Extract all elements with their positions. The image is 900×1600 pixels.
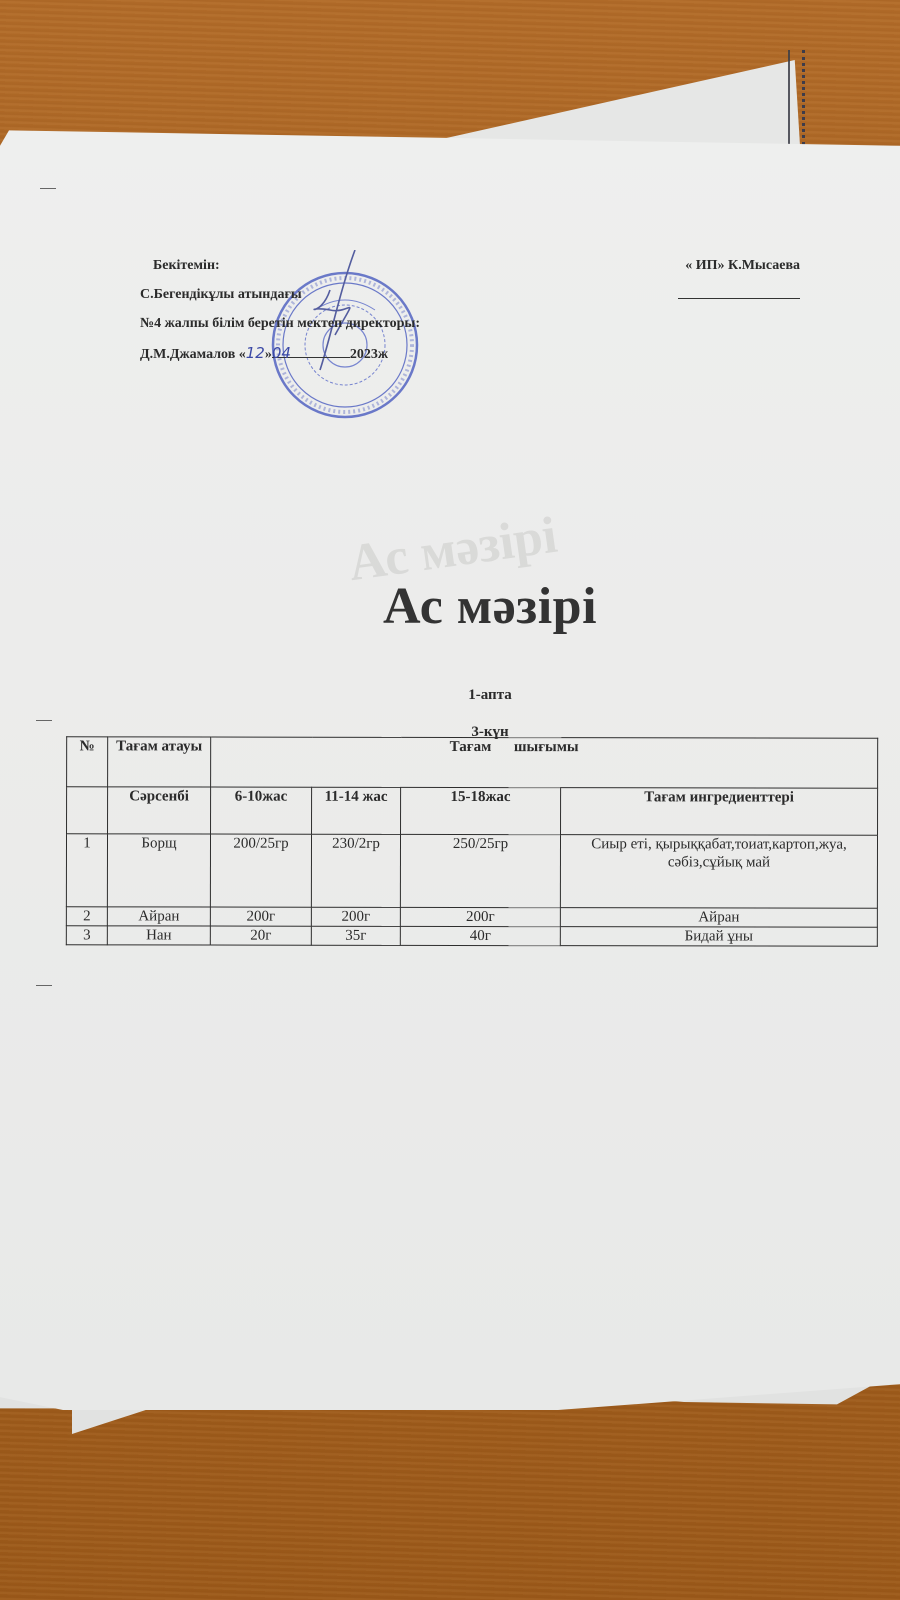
menu-table: № Тағам атауы Тағам шығымы Сәрсенбі 6-10… xyxy=(66,736,878,946)
approval-block: Бекітемін: С.Бегендікұлы атындағы №4 жал… xyxy=(140,258,420,374)
week-label: 1-апта xyxy=(0,687,900,704)
quote-close: » xyxy=(265,347,272,362)
row-age2: 230/2гр xyxy=(311,834,400,907)
row-no: 2 xyxy=(66,907,107,926)
stacked-paper-edge xyxy=(788,50,805,145)
row-no: 1 xyxy=(66,834,107,907)
row-age2: 200г xyxy=(311,907,400,926)
date-month: 04 xyxy=(272,344,291,362)
header-ingredients: Тағам ингредиенттері xyxy=(561,788,878,836)
supplier-signature-line xyxy=(678,298,800,299)
table-header-row: № Тағам атауы Тағам шығымы xyxy=(67,737,878,788)
header-age-15-18: 15-18жас xyxy=(401,787,561,834)
row-dish: Борщ xyxy=(107,834,210,907)
date-month-line: 04 xyxy=(272,345,350,358)
row-ingredients: Сиыр еті, қырыққабат,тоиат,картоп,жуа, с… xyxy=(560,835,877,909)
row-age3: 200г xyxy=(400,907,560,926)
table-row: 3 Нан 20г 35г 40г Бидай ұны xyxy=(66,926,877,946)
quote-open: « xyxy=(239,347,246,362)
header-output-text: Тағам шығымы xyxy=(450,739,639,755)
header-age-6-10: 6-10жас xyxy=(211,787,312,834)
header-age-11-14: 11-14 жас xyxy=(312,787,401,834)
row-ingredients: Айран xyxy=(560,908,877,928)
margin-mark xyxy=(40,188,56,189)
row-age3: 40г xyxy=(400,926,560,945)
table-row: 2 Айран 200г 200г 200г Айран xyxy=(66,907,877,927)
header-weekday: Сәрсенбі xyxy=(108,787,211,834)
header-output: Тағам шығымы xyxy=(211,737,878,788)
table-header-row: Сәрсенбі 6-10жас 11-14 жас 15-18жас Таға… xyxy=(67,787,878,835)
table-row: 1 Борщ 200/25гр 230/2гр 250/25гр Сиыр ет… xyxy=(66,834,877,908)
school-name-line: С.Бегендікұлы атындағы xyxy=(140,287,420,316)
header-dish-name: Тағам атауы xyxy=(108,737,211,787)
row-dish: Айран xyxy=(107,907,210,926)
approved-label: Бекітемін: xyxy=(140,258,420,287)
margin-mark xyxy=(36,720,52,721)
header-empty-cell xyxy=(67,787,108,834)
date-year: 2023ж xyxy=(350,347,388,362)
row-age1: 200г xyxy=(210,907,311,926)
row-age1: 20г xyxy=(210,926,311,945)
row-age1: 200/25гр xyxy=(210,834,311,907)
director-title-line: №4 жалпы білім беретін мектеп директоры: xyxy=(140,316,420,345)
date-day: 12 xyxy=(246,344,265,362)
row-dish: Нан xyxy=(107,926,210,945)
row-age3: 250/25гр xyxy=(400,834,560,907)
page-title: Ас мәзірі xyxy=(0,577,900,636)
row-ingredients: Бидай ұны xyxy=(560,927,877,947)
supplier-name: « ИП» К.Мысаева xyxy=(678,258,800,274)
supplier-block: « ИП» К.Мысаева xyxy=(678,258,800,299)
row-no: 3 xyxy=(66,926,107,945)
row-age2: 35г xyxy=(311,926,400,945)
margin-mark xyxy=(36,985,52,986)
header-no: № xyxy=(67,737,108,787)
director-name: Д.М.Джамалов xyxy=(140,347,235,362)
director-date-line: Д.М.Джамалов «12»042023ж xyxy=(140,345,420,374)
